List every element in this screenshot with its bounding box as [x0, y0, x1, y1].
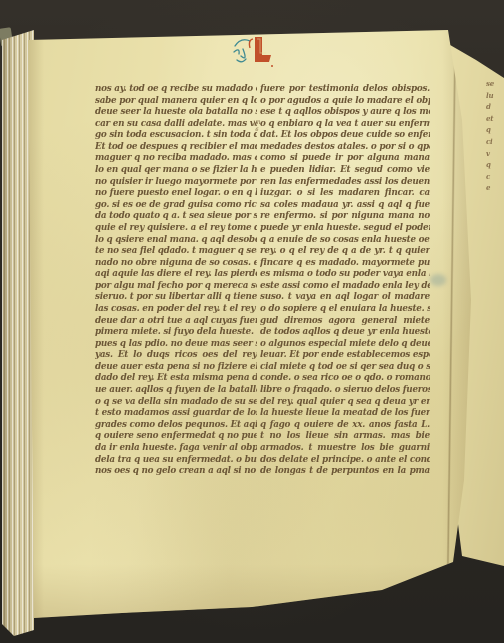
text-line: quie el rey quisiere. a el rey tome de s…	[95, 223, 257, 235]
text-line: t esto madamos assi guardar de los	[95, 408, 257, 420]
text-line: Et tod oe despues q recibier el madado. …	[95, 142, 257, 154]
text-line: no fuere puesto enel logar. o en q l ne	[95, 188, 257, 200]
facing-page-text-fragment: q	[486, 124, 502, 136]
facing-page-text-fragment: ci	[486, 136, 502, 148]
text-line: fuere por testimonia delos obispos.	[260, 84, 430, 96]
text-line: pimera miete. si fuyo dela hueste. t	[95, 327, 257, 339]
text-line: nado no obre niguna de so cosas. et si	[95, 258, 257, 270]
manuscript-photo: seludetqcivqce nos ay. tod oe q recibe s…	[0, 0, 504, 643]
text-line: las cosas. en poder del rey. t el rey la…	[95, 304, 257, 316]
text-line: deue seer la hueste ola batalla no se fi…	[95, 107, 257, 119]
text-line: q ouiere seno enfermedat q no pue	[95, 431, 257, 443]
facing-page-text-fragment: c	[486, 171, 502, 183]
text-line: ren las enfermedades assi los deuen	[260, 177, 430, 189]
text-line: t no los lieue sin armas. mas bie	[260, 431, 430, 443]
text-line: medades destos atales. o por si o qpa	[260, 142, 430, 154]
facing-page-text-fragment: q	[486, 159, 502, 171]
text-line: lo en qual qer mana o se fizier la huest…	[95, 165, 257, 177]
text-column-right: fuere por testimonia delos obispos.o por…	[260, 84, 430, 478]
text-line: por algu mal fecho por q mereca seer	[95, 281, 257, 293]
text-line: conde. o sea rico oe o qdo. o romano. o	[260, 373, 430, 385]
text-line: car en su casa dalli adelate. mas vaya l…	[95, 119, 257, 131]
text-line: da ir enla hueste. faga venir al obpo	[95, 443, 257, 455]
text-line: rey. o q el rey de q a de yr. t q quier	[260, 246, 430, 258]
margin-note-sub: 6	[250, 127, 264, 133]
facing-page-text-fragment: lu	[486, 90, 502, 102]
text-line: leuar. Et por ende establecemos espe	[260, 350, 430, 362]
facing-page-text-fragment: v	[486, 148, 502, 160]
text-line: go sin toda escusacion. t sin toda demor…	[95, 130, 257, 142]
text-line: re enfermo. si por niguna mana no	[260, 211, 430, 223]
text-line: o q se va della sin madado de su senor.	[95, 397, 257, 409]
text-line: q fago q ouiere de xx. anos fasta L.	[260, 420, 430, 432]
text-line: ese t q aqllos obispos y aure q los meti…	[260, 107, 430, 119]
text-column-left: nos ay. tod oe q recibe su madado o q lo…	[95, 84, 257, 478]
text-line: de longas t de perpuntos en la pma	[260, 466, 430, 478]
text-line: como si puede ir por alguna mana	[260, 153, 430, 165]
text-line: yas. Et lo duqs ricos oes del rey	[95, 350, 257, 362]
margin-note-text: yn	[253, 119, 260, 126]
text-line: es misma o todo su poder vaya enla h	[260, 269, 430, 281]
text-line: armados. t muestre los bie guarni	[260, 443, 430, 455]
text-line: este assi como el madado enla ley de	[260, 281, 430, 293]
text-line: la hueste lieue la meatad de los fueros	[260, 408, 430, 420]
initial-L-icon	[232, 34, 276, 68]
text-line: de todos aqllos q deue yr enla hueste	[260, 327, 430, 339]
text-line: da todo quato q a. t sea sieue por siep …	[95, 211, 257, 223]
parchment-page: nos ay. tod oe q recibe su madado o q lo…	[26, 26, 478, 624]
text-line: maguer q no reciba madado. mas q oya	[95, 153, 257, 165]
text-line: lo q qsiere enal mana. q aql desobedie	[95, 235, 257, 247]
facing-page-text-fragment: et	[486, 113, 502, 125]
page-bottom-shade	[26, 564, 478, 624]
text-line: o algunos especial miete delo q deue	[260, 339, 430, 351]
text-line: e pueden lidiar. Et segud como vie	[260, 165, 430, 177]
text-line: o q enbiaro q la vea t auer su enferme	[260, 119, 430, 131]
text-line: nos oes q no gelo crean a aql si no en	[95, 466, 257, 478]
text-line: te no sea fiel qdado. t maguer q sea pdo	[95, 246, 257, 258]
text-line: fincare q es madado. mayormete pu	[260, 258, 430, 270]
text-line: del rey. qual quier q sea q deua yr en	[260, 397, 430, 409]
facing-page-text-fragment: se	[486, 78, 502, 90]
text-line: dela tra q uea su enfermedat. o bue	[95, 455, 257, 467]
text-line: gud diremos agora general miete	[260, 316, 430, 328]
text-line: o por agudos a quie lo madare el obpo en	[260, 96, 430, 108]
text-line: iuzgar. o si les madaren fincar. ca	[260, 188, 430, 200]
text-line: o do sopiere q el enuiara la hueste. se	[260, 304, 430, 316]
facing-page-text-fragment: d	[486, 101, 502, 113]
illuminated-initial-L	[232, 34, 276, 68]
text-line: sieruo. t por su libertar alli q tienen	[95, 292, 257, 304]
text-line: cial miete q tod oe si qer sea duq o sea	[260, 362, 430, 374]
text-line: grades como delos pequnos. Et aqi	[95, 420, 257, 432]
text-line: q a enuie de so cosas enla hueste oel	[260, 235, 430, 247]
text-line: deue dar a otri tue a aql cuyas fueron	[95, 316, 257, 328]
ink-stain	[430, 274, 446, 286]
text-line: puede yr enla hueste. segud el poder	[260, 223, 430, 235]
facing-page-text-fragment: e	[486, 182, 502, 194]
text-line: aqi aquie las diere el rey. las pierde	[95, 269, 257, 281]
facing-page-text: seludetqcivqce	[486, 78, 502, 194]
text-line: sa coles madaua yr. assi q aql q fue	[260, 200, 430, 212]
text-line: no quisier ir luego mayormete por alla	[95, 177, 257, 189]
text-line: go. si es oe de grad guisa como ric oe p…	[95, 200, 257, 212]
text-line: dos delate el principe. o ante el conde	[260, 455, 430, 467]
text-line: dado del rey. Et esta misma pena de	[95, 373, 257, 385]
text-line: pues q las pdio. no deue mas seer su	[95, 339, 257, 351]
text-line: nos ay. tod oe q recibe su madado o q lo	[95, 84, 257, 96]
text-line: ue auer. aqllos q fuyen de la batalla	[95, 385, 257, 397]
text-line: dat. Et los obpos deue cuide so enfer	[260, 130, 430, 142]
margin-note: yn 6	[250, 120, 264, 133]
text-line: sabe por qual manera quier en q logar	[95, 96, 257, 108]
text-line: libre o fraqado. o sieruo delos fueros	[260, 385, 430, 397]
text-line: deue auer esta pena si no fiziere el ma	[95, 362, 257, 374]
text-line: suso. t vaya en aql logar ol madare	[260, 292, 430, 304]
